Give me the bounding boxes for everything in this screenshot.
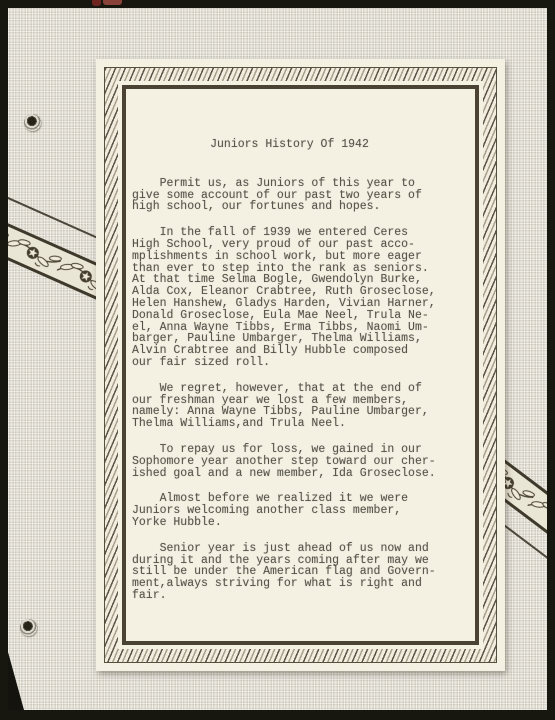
binder-eyelet-icon <box>20 619 37 636</box>
engraved-border-band: Juniors History Of 1942 Permit us, as Ju… <box>104 67 497 663</box>
inner-border-rule: Juniors History Of 1942 Permit us, as Ju… <box>122 85 479 645</box>
red-ink-mark <box>103 0 122 5</box>
border-gap: Juniors History Of 1942 Permit us, as Ju… <box>118 81 483 649</box>
album-page: Juniors History Of 1942 Permit us, as Ju… <box>8 8 547 710</box>
document-title: Juniors History Of 1942 <box>132 139 447 151</box>
scanned-photo-frame: Juniors History Of 1942 Permit us, as Ju… <box>0 0 555 720</box>
paragraph-almost: Almost before we realized it we were Jun… <box>132 493 465 528</box>
document-body: Juniors History Of 1942 Permit us, as Ju… <box>126 89 475 641</box>
paragraph-senior-year: Senior year is just ahead of us now and … <box>132 543 465 602</box>
paragraph-to-repay: To repay us for loss, we gained in our S… <box>132 444 465 479</box>
red-ink-mark <box>92 0 101 6</box>
paragraph-we-regret: We regret, however, that at the end of o… <box>132 383 465 430</box>
page-corner-tear <box>8 652 24 710</box>
paragraph-permit-us: Permit us, as Juniors of this year to gi… <box>132 178 465 213</box>
pasted-document: Juniors History Of 1942 Permit us, as Ju… <box>96 59 505 671</box>
paragraph-fall-1939: In the fall of 1939 we entered Ceres Hig… <box>132 227 465 369</box>
binder-eyelet-icon <box>24 114 41 131</box>
